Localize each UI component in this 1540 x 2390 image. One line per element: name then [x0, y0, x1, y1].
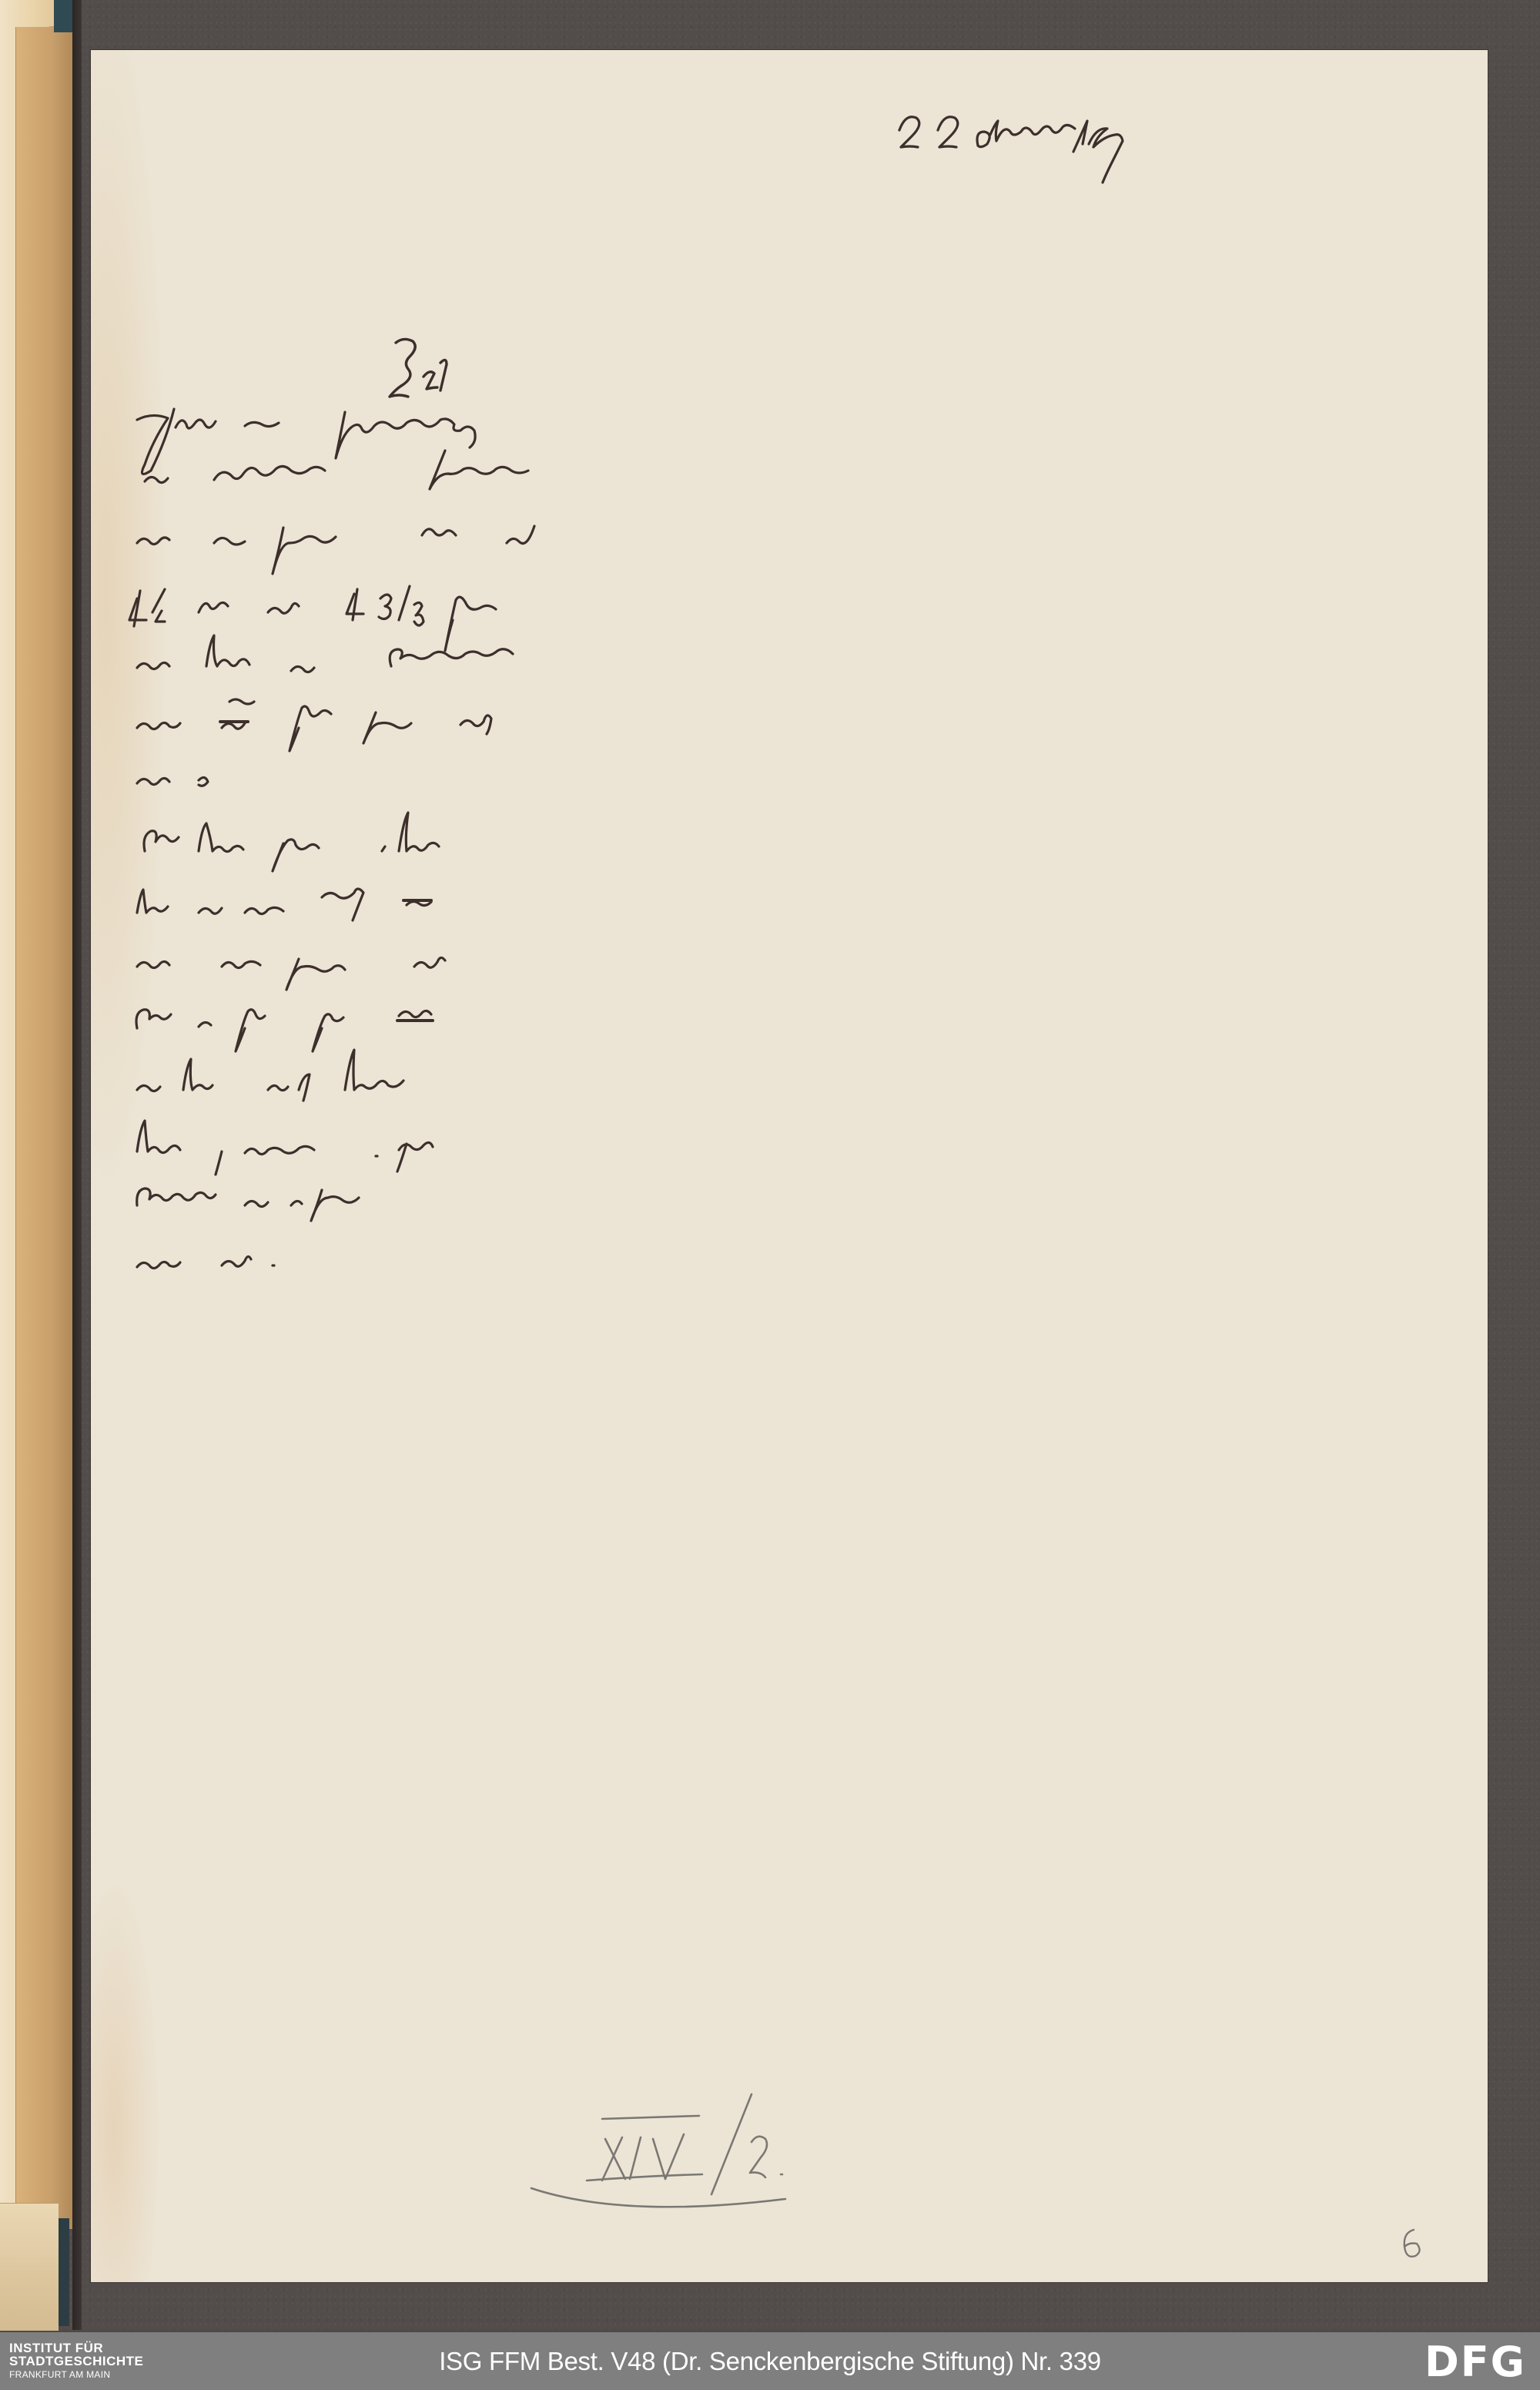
date-handwriting	[899, 117, 1123, 183]
section-handwriting	[390, 339, 447, 397]
folded-leaf-shadow	[49, 26, 72, 2229]
binding-tape-bottom	[59, 2218, 69, 2326]
shelf-mark-pencil	[531, 2094, 785, 2207]
body-handwriting	[129, 409, 534, 1269]
lower-leaves	[0, 2203, 59, 2331]
gutter-shadow	[72, 0, 82, 2330]
archive-citation: ISG FFM Best. V48 (Dr. Senckenbergische …	[0, 2347, 1540, 2376]
handwriting-layer	[91, 50, 1488, 2282]
archive-footer-bar: INSTITUT FÜR STADTGESCHICHTE FRANKFURT A…	[0, 2332, 1540, 2390]
binding-edge	[0, 0, 77, 2330]
page-number-pencil	[1404, 2230, 1420, 2257]
document-page: 22 Oktober 1807 § 21 XIV/2. 6	[91, 50, 1488, 2282]
dfg-logo: DFG	[1424, 2341, 1526, 2383]
folded-leaf	[15, 27, 50, 2230]
